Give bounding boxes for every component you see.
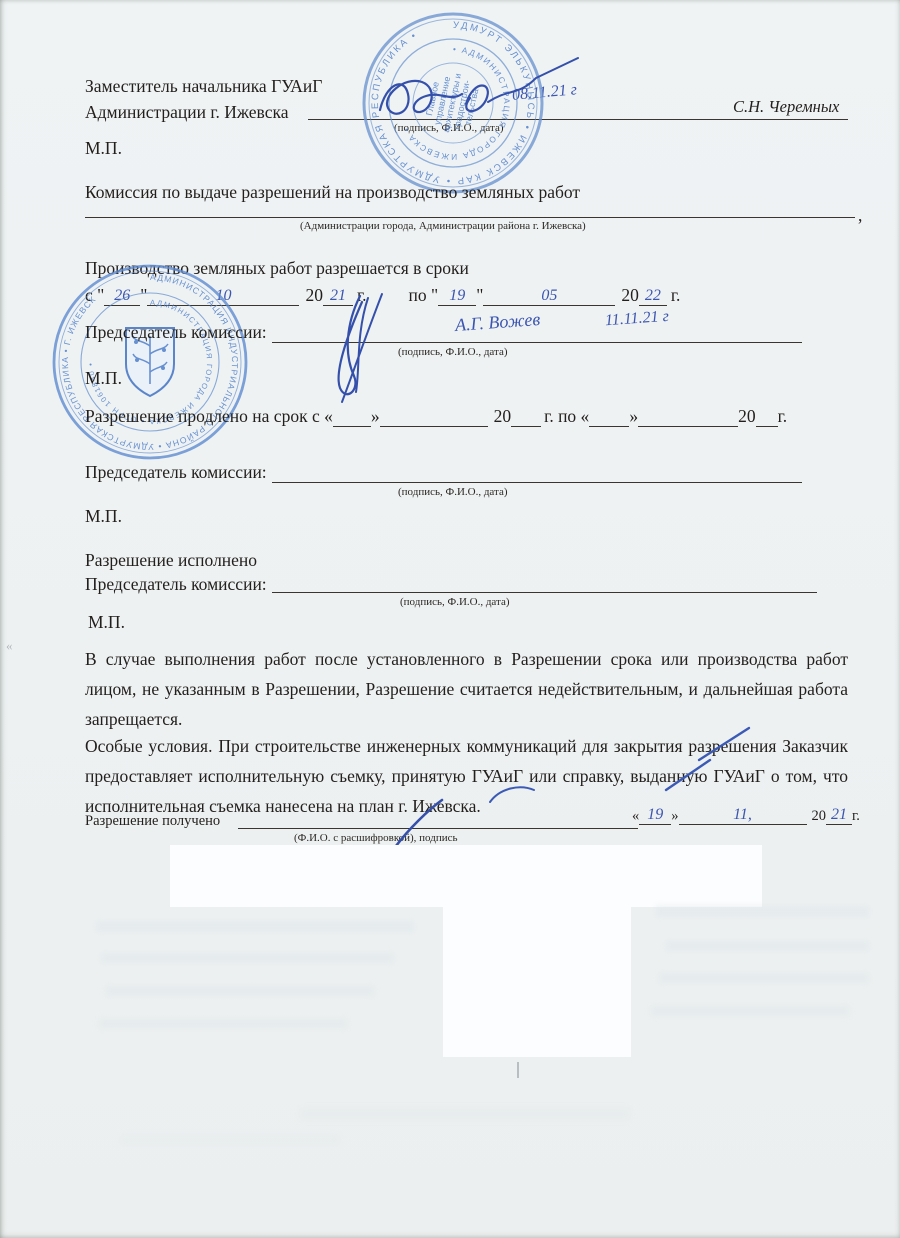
extension-row: Разрешение продлено на срок с «»20г. по …	[85, 405, 787, 427]
received-day-handwritten: 19	[647, 806, 663, 824]
approver-title-line2: Администрации г. Ижевска	[85, 102, 288, 124]
redaction-area	[443, 905, 631, 1057]
bleed-through	[300, 1108, 630, 1120]
pen-strike-icon	[662, 756, 716, 794]
executed-signature-line	[272, 556, 817, 593]
chairman1-mp-label: М.П.	[85, 368, 122, 390]
year-suffix: г.	[852, 808, 860, 825]
bleed-through	[95, 920, 415, 933]
extension-mid: г. по «	[541, 406, 589, 427]
year-prefix: 20	[488, 406, 512, 427]
approver-name: С.Н. Черемных	[733, 97, 839, 118]
bleed-through	[658, 972, 870, 984]
close-quote: »	[671, 808, 678, 825]
bleed-through	[105, 985, 375, 997]
approver-signature-icon	[372, 56, 622, 136]
received-month-handwritten: 11,	[733, 806, 752, 824]
extension-close-quote: »	[629, 406, 638, 427]
chairman2-signature-caption: (подпись, Ф.И.О., дата)	[398, 486, 508, 498]
invalidity-paragraph: В случае выполнения работ после установл…	[85, 644, 848, 734]
executed-signature-caption: (подпись, Ф.И.О., дата)	[400, 596, 510, 608]
executed-chairman-label: Председатель комиссии:	[85, 574, 267, 596]
executed-title: Разрешение исполнено	[85, 550, 257, 572]
redaction-area	[170, 845, 762, 907]
received-date-row: «19»11,2021г.	[632, 804, 860, 825]
executed-mp-label: М.П.	[88, 612, 125, 634]
chairman1-signature-icon	[298, 290, 418, 410]
commission-caption: (Администрации города, Администрации рай…	[300, 220, 586, 232]
district-administration-stamp-icon: АДМИНИСТРАЦИЯ ИНДУСТРИАЛЬНОГО РАЙОНА • У…	[50, 262, 250, 462]
extension-close-quote: »	[371, 406, 380, 427]
received-year-handwritten: 21	[831, 806, 847, 824]
scan-artifact: «	[6, 638, 13, 654]
scanned-permit-document: Заместитель начальника ГУАиГ Администрац…	[0, 0, 900, 1238]
approver-title-line1: Заместитель начальника ГУАиГ	[85, 76, 322, 98]
year-prefix: 20	[807, 808, 827, 825]
bleed-through	[120, 1135, 340, 1145]
bleed-through	[100, 952, 395, 964]
bleed-through	[665, 940, 870, 952]
bleed-through	[650, 1005, 850, 1017]
year-prefix: 20	[738, 406, 756, 427]
extension-text: Разрешение продлено на срок с «	[85, 406, 333, 427]
chairman2-label: Председатель комиссии:	[85, 462, 267, 484]
commission-line-tail: ,	[858, 205, 862, 227]
bleed-through	[655, 905, 870, 918]
commission-blank-line	[85, 190, 855, 218]
received-label: Разрешение получено	[85, 812, 220, 830]
chairman1-label: Председатель комиссии:	[85, 322, 267, 344]
bleed-through	[98, 1018, 348, 1029]
open-quote: «	[632, 808, 639, 825]
chairman2-signature-line	[272, 446, 802, 483]
received-pen-stroke-icon	[386, 796, 450, 850]
extension-year-suffix: г.	[778, 406, 788, 427]
approver-mp-label: М.П.	[85, 138, 122, 160]
chairman2-mp-label: М.П.	[85, 506, 122, 528]
scan-artifact	[517, 1062, 519, 1078]
